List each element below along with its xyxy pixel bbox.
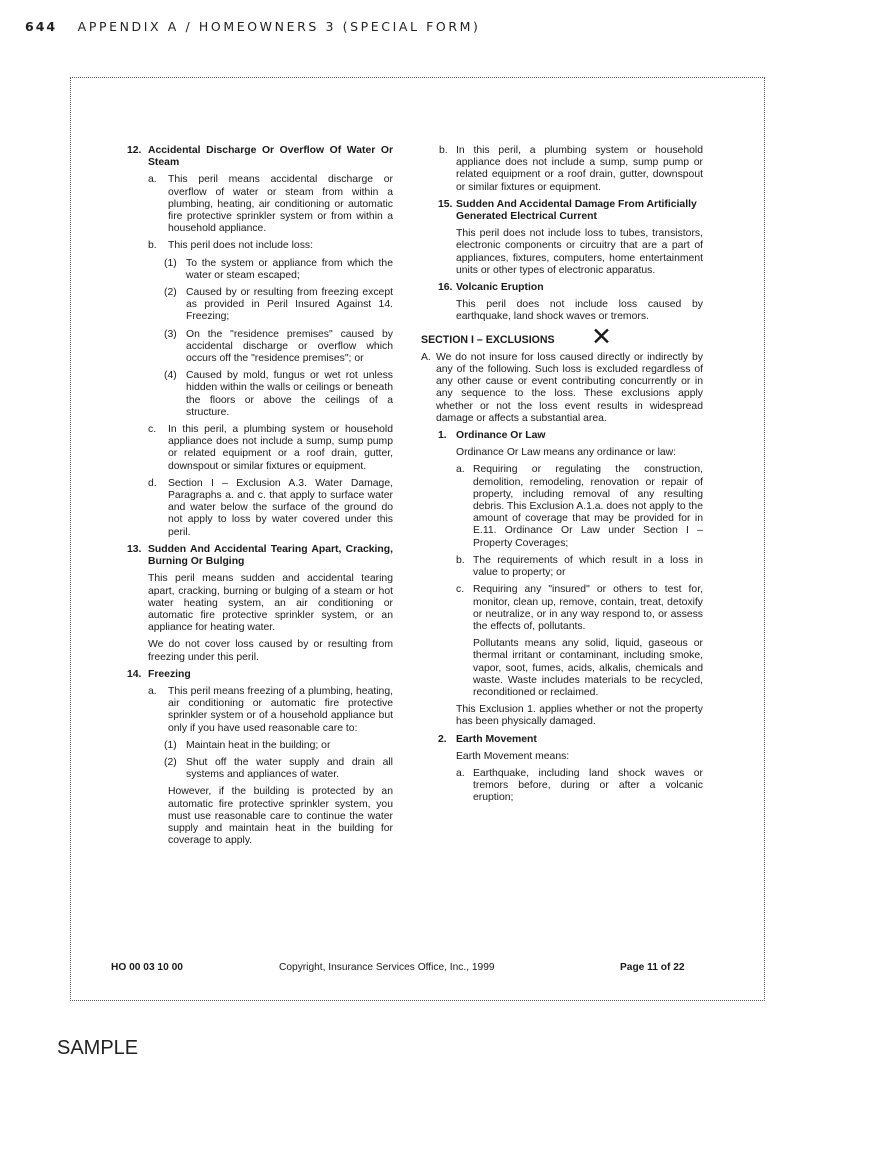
right-column: b. In this peril, a plumbing system or h… — [421, 145, 703, 810]
peril-12-a: a. This peril means accidental discharge… — [127, 174, 393, 235]
exclusion-1-b: b. The requirements of which result in a… — [421, 555, 703, 579]
exclusion-1-closing: This Exclusion 1. applies whether or not… — [421, 704, 703, 728]
peril-14-heading: 14. Freezing — [127, 669, 393, 681]
peril-13-freezing-note: We do not cover loss caused by or result… — [127, 639, 393, 663]
peril-12-b-3: (3) On the "residence premises" caused b… — [127, 329, 393, 366]
exclusion-1-intro: Ordinance Or Law means any ordinance or … — [421, 447, 703, 459]
peril-13-text: This peril means sudden and accidental t… — [127, 573, 393, 634]
exclusion-1-heading: 1. Ordinance Or Law — [421, 430, 703, 442]
peril-14-however: However, if the building is protected by… — [127, 786, 393, 847]
exclusion-1-pollutants-definition: Pollutants means any solid, liquid, gase… — [421, 638, 703, 699]
peril-12-c: c. In this peril, a plumbing system or h… — [127, 424, 393, 473]
peril-12-heading: 12. Accidental Discharge Or Overflow Of … — [127, 145, 393, 169]
peril-12-b-2: (2) Caused by or resulting from freezing… — [127, 287, 393, 324]
exclusion-A: A. We do not insure for loss caused dire… — [421, 352, 703, 425]
peril-14-a-2: (2) Shut off the water supply and drain … — [127, 757, 393, 781]
section-exclusions-heading: SECTION I – EXCLUSIONS ✕ — [421, 334, 703, 346]
running-head-title: APPENDIX A / HOMEOWNERS 3 (SPECIAL FORM) — [78, 19, 481, 34]
exclusion-2-intro: Earth Movement means: — [421, 751, 703, 763]
footer-page-number: Page 11 of 22 — [620, 962, 685, 973]
exclusion-1-a: a. Requiring or regulating the construct… — [421, 464, 703, 549]
peril-16-text: This peril does not include loss caused … — [421, 299, 703, 323]
left-column: 12. Accidental Discharge Or Overflow Of … — [127, 145, 393, 852]
sample-watermark: SAMPLE — [57, 1037, 138, 1060]
handwritten-x-mark-icon: ✕ — [591, 324, 612, 349]
peril-14-b: b. In this peril, a plumbing system or h… — [421, 145, 703, 194]
peril-12-b-1: (1) To the system or appliance from whic… — [127, 258, 393, 282]
footer-copyright: Copyright, Insurance Services Office, In… — [279, 962, 495, 973]
peril-12-b: b. This peril does not include loss: — [127, 240, 393, 252]
peril-14-a-1: (1) Maintain heat in the building; or — [127, 740, 393, 752]
book-page-number: 644 — [25, 19, 57, 34]
footer-form-code: HO 00 03 10 00 — [111, 962, 183, 973]
peril-16-heading: 16. Volcanic Eruption — [421, 282, 703, 294]
peril-15-text: This peril does not include loss to tube… — [421, 228, 703, 277]
exclusion-2-a: a. Earthquake, including land shock wave… — [421, 768, 703, 805]
exclusion-1-c: c. Requiring any "insured" or others to … — [421, 584, 703, 633]
exclusion-2-heading: 2. Earth Movement — [421, 734, 703, 746]
peril-12-d: d. Section I – Exclusion A.3. Water Dama… — [127, 478, 393, 539]
peril-12-b-4: (4) Caused by mold, fungus or wet rot un… — [127, 370, 393, 419]
peril-13-heading: 13. Sudden And Accidental Tearing Apart,… — [127, 544, 393, 568]
peril-14-a: a. This peril means freezing of a plumbi… — [127, 686, 393, 735]
running-head: 644 APPENDIX A / HOMEOWNERS 3 (SPECIAL F… — [25, 19, 481, 34]
peril-15-heading: 15. Sudden And Accidental Damage From Ar… — [421, 199, 703, 223]
